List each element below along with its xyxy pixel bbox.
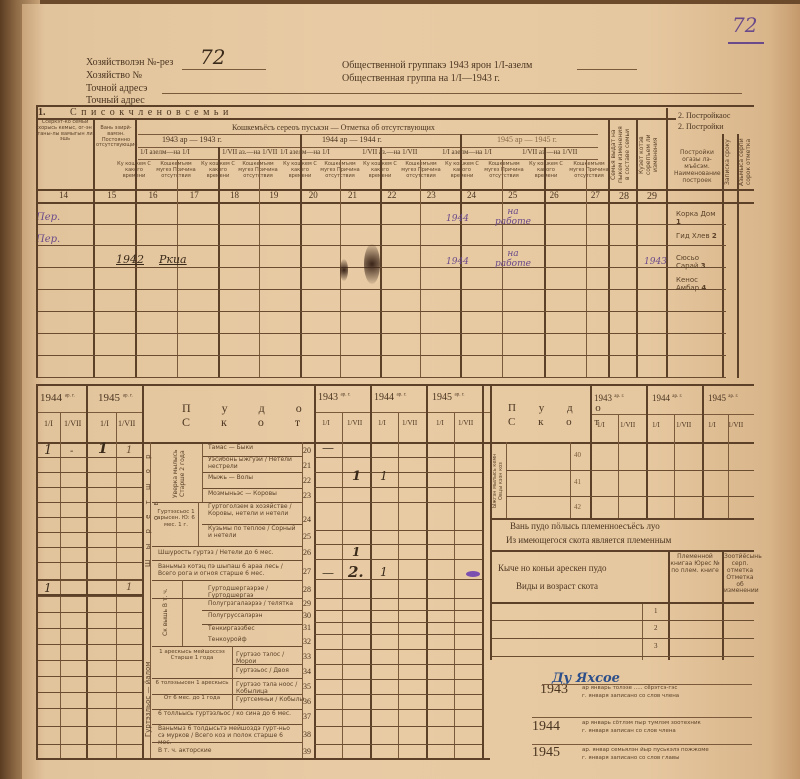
divider (490, 550, 754, 552)
divider (618, 414, 619, 518)
handwritten-entry: 1944 (446, 258, 469, 268)
divider (177, 159, 178, 378)
breeding-col-kind-ru: Виды и возраст скота (516, 582, 598, 592)
footer-year-1945: 1945 (532, 745, 560, 760)
footer-line: ар январь сöтлэм пыр тумлэм зоотехник (582, 720, 701, 726)
divider (482, 386, 484, 758)
divider (532, 744, 752, 745)
divider (636, 118, 638, 378)
row-label: Тамас — Быки (208, 445, 298, 452)
row-label: Гуртэзьос / Двоя (236, 668, 306, 675)
row-label: Тенкиргаэзбес (208, 626, 298, 633)
farm-number-value: 72 (200, 46, 225, 68)
subheader: 1/I азелм—на 1/I (140, 149, 190, 157)
handwritten-value: — (322, 567, 334, 580)
breeding-col-notes: Зоотйёсынь серп. отметка Отметка об изме… (724, 554, 756, 595)
period-label: 1/VII (620, 422, 635, 430)
period-label: 1/VII (728, 422, 743, 430)
subcol-when: Ку кошкем С какого времени (442, 162, 482, 179)
subheader: 1/I азелм—на 1/I (280, 149, 330, 157)
livestock-title: П у д о (182, 402, 316, 415)
divider (577, 69, 637, 70)
divider (259, 159, 260, 378)
footer-year-1944: 1944 (532, 719, 560, 734)
divider (642, 602, 643, 660)
year-suffix: ар. г. (65, 393, 75, 398)
farm-number-label-ru: Хозяйство № (86, 70, 142, 81)
row-number: 31 (303, 624, 311, 633)
col-number: 18 (215, 190, 254, 202)
row-number: 41 (574, 479, 581, 487)
handwritten-value: 1 (352, 470, 361, 484)
divider (198, 502, 199, 546)
column-numbers-row: 14 15 16 17 18 19 20 21 22 23 24 25 26 2… (36, 190, 616, 202)
divider (380, 147, 382, 378)
building-barn: Гид Хлев 2 (676, 232, 720, 240)
row-label: 6 толльысь гуртэзльос / ко сина до 6 мес… (158, 711, 298, 718)
divider (36, 202, 754, 204)
divider (570, 442, 571, 518)
handwritten-value: 1 (126, 582, 132, 593)
divider (202, 444, 203, 502)
handwritten-entry: 1942 (116, 254, 144, 266)
building-num: 1 (676, 218, 681, 226)
subcol-when: Ку кошкем С какого времени (114, 162, 154, 179)
divider (300, 134, 302, 378)
footer-line: г. января записано со слов члена (582, 693, 679, 699)
divider (116, 412, 117, 758)
census-form-page: 72 Хозяйстволэн №-рез 72 Хозяйство № Точ… (22, 4, 800, 779)
row-label: Мыжь — Волы (208, 475, 298, 482)
divider (460, 134, 462, 378)
building-name: Сюсьо Сарай (676, 254, 699, 270)
footer-line: ар январь толэзе ..... сёрэтсэ-гэс (582, 685, 677, 691)
handwritten-entry: Пер. (36, 234, 60, 245)
period-label: 1/I (322, 420, 330, 428)
row-number: 22 (303, 477, 311, 486)
year: 1943 (594, 393, 612, 403)
row-number: 37 (303, 713, 311, 722)
row-label: В т. ч. акторские (158, 748, 298, 755)
year: 1944 (652, 393, 670, 403)
subcol-reason: Кошкемъям мугез Причина отсутствия (484, 162, 524, 179)
period-label: 1/VII (64, 420, 81, 429)
year-suffix: ар. г. (341, 393, 351, 398)
year: 1945 (98, 392, 120, 404)
row-label: Ваньмыз 6 толдысьтэ мейшоздэ гурт-ньо сэ… (158, 726, 298, 747)
divider (36, 412, 142, 413)
period-label: 1/I (652, 422, 660, 430)
col-number: 21 (333, 190, 372, 202)
row-label: Мозмыньэс — Коровы (208, 491, 298, 498)
row-number: 23 (303, 492, 311, 501)
row-number: 32 (303, 638, 311, 647)
divider (608, 118, 610, 378)
building-num: 2 (712, 232, 717, 240)
divider (506, 442, 507, 518)
handwritten-value: 1 (126, 445, 132, 456)
row-number: 40 (574, 452, 581, 460)
subcol-reason: Кошкемъям мугез Причина отсутствия (156, 162, 196, 179)
divider (586, 159, 587, 378)
livestock-right-title-ru: С к о т (508, 416, 609, 428)
year-suffix: ар. г. (672, 394, 682, 399)
handwritten-entry: 1944 (446, 215, 469, 225)
divider (420, 159, 421, 378)
year-1943-header: 1943 ар — 1943 г. (162, 136, 222, 145)
year: 1944 (374, 392, 394, 403)
sheep-goats-label: Ыжгэн мылысь кемн Овцы кэзн коз (492, 446, 504, 516)
period-label: 1/I (100, 420, 109, 429)
row-number: 27 (303, 568, 311, 577)
left-year-1945: 1945 ар. г. (98, 392, 133, 404)
page-number-underline (728, 42, 764, 44)
period-label: 1/VII (118, 420, 135, 429)
year-suffix: ар. г. (123, 393, 133, 398)
divider (722, 134, 724, 378)
young-horse-sub: 1 арескысь мейшоссэз Старше 1 года (154, 649, 230, 662)
divider (218, 147, 220, 378)
livestock-title-ru: С к о т (182, 416, 314, 429)
breeding-row-number: 2 (654, 625, 658, 633)
divider (590, 414, 754, 415)
year: 1944 (40, 392, 62, 404)
divider (490, 602, 754, 604)
divider (36, 386, 38, 758)
col29-header: Кузет котэв сорепъем ли изменения (638, 124, 658, 186)
divider (728, 414, 729, 518)
handwritten-value: 1 (352, 546, 360, 559)
right-year-1945: 1945 ар. г. (708, 394, 738, 404)
year: 1943 (318, 392, 338, 403)
divider (232, 646, 233, 710)
breeding-col-kind: Кыче но коньи арескен пудо (498, 564, 607, 574)
period-label: 1/I (597, 422, 605, 430)
subcol-reason: Кошкемъям мугез Причина отсутствия (400, 162, 442, 179)
building-num: 4 (701, 284, 706, 292)
adult-cattle-label: Ш ы р е т ш о р о в (144, 444, 152, 574)
row-number: 24 (303, 516, 311, 525)
building-name: Гид Хлев (676, 232, 710, 240)
row-label: Кузьмы по теплое / Сорный и нетели (208, 526, 298, 540)
subheader: 1/VII аз.—на 1/VII (522, 149, 577, 157)
period-label: 1/I (44, 420, 53, 429)
divider (544, 147, 546, 378)
handwritten-value: 1 (380, 566, 388, 579)
handwritten-value: 1 (98, 442, 108, 457)
year: 1945 (708, 393, 726, 403)
col-number: 26 (533, 190, 574, 202)
row-number: 21 (303, 462, 311, 471)
subcol-reason: Кошкемъям мугез Причина отсутствия (238, 162, 278, 179)
left-year-1944: 1944 ар. г. (40, 392, 75, 404)
mid-year-1943: 1943 ар. г. (318, 392, 350, 403)
col15-header: Вань эзирй-вамэн. Постоянно отсутствующи… (96, 126, 136, 149)
col-number: 16 (132, 190, 173, 202)
address-label: Точной адресэ (86, 83, 147, 94)
col14-header: Ссеркэт-ко семьи хорысь кемыс, ог-эн тан… (36, 120, 94, 143)
right-year-1944: 1944 ар. г. (652, 394, 682, 404)
handwritten-value: 2. (348, 564, 364, 581)
breeding-title: Вань пудо пöлысь племенноесъёсъ луо (510, 522, 660, 532)
subcol-when: Ку кошкем С какого времени (526, 162, 566, 179)
row-number: 36 (303, 698, 311, 707)
row-number: 30 (303, 612, 311, 621)
building-name: Корка Дом (676, 210, 715, 218)
section1-number: 1. (38, 107, 46, 118)
buildings-vert-2: Азьмыса серпи сорок отметка (738, 134, 756, 190)
group-label: Общественной группакэ 1943 ярон 1/I-азел… (342, 60, 532, 71)
divider (454, 412, 455, 758)
period-label: 1/VII (458, 420, 473, 428)
divider (590, 386, 592, 518)
divider (93, 118, 95, 378)
period-label: 1/VII (347, 420, 362, 428)
period-label: 1/I (708, 422, 716, 430)
divider (36, 594, 142, 596)
row-label: Гуртоголзем в хозяйстве / Коровы, нетели… (208, 504, 298, 518)
row-number: 26 (303, 549, 311, 558)
divider (162, 93, 742, 94)
period-label: 1/I (436, 420, 444, 428)
row-number: 35 (303, 683, 311, 692)
divider (666, 108, 668, 378)
cows-subgroup-label: Уверка мылысь Старше 2 года (172, 444, 202, 504)
divider (674, 414, 675, 518)
divider (426, 386, 428, 758)
young-stock-label: Гуртэзсьос 1 арысен. Ю: 6 мес. 1 г. (154, 509, 198, 528)
handwritten-entry: на работе (488, 208, 538, 228)
divider (342, 412, 343, 758)
handwritten-entry: 1943 (644, 258, 667, 268)
row-number: 20 (303, 447, 311, 456)
row-number: 39 (303, 748, 311, 757)
building-name: Кенос Амбар (676, 276, 699, 292)
handwritten-value: - (70, 446, 73, 457)
page-number: 72 (732, 14, 757, 36)
divider (702, 386, 704, 518)
row-number: 42 (574, 504, 581, 512)
breeding-col-book: Племенной книгаа Юрес № по плем. книге (670, 554, 720, 575)
row-number: 29 (303, 600, 311, 609)
handwritten-entry: на работе (488, 250, 538, 270)
subheader: 1/VII аз.—на 1/VII (362, 149, 417, 157)
divider (314, 412, 490, 413)
row-label: Полугруссалэрэн (208, 613, 298, 620)
divider (314, 386, 316, 758)
year-1944-header: 1944 ар — 1944 г. (322, 136, 382, 145)
subheader: 1/VII аз.—на 1/VII (222, 149, 277, 157)
col-number: 25 (492, 190, 533, 202)
handwritten-entry: Пер. (36, 212, 60, 223)
col-number: 22 (372, 190, 411, 202)
mid-year-1944: 1944 ар. г. (374, 392, 406, 403)
divider (182, 69, 266, 70)
row-label: Ваньмыз котэц пэ шыпаш 6 араа лесь / Все… (158, 564, 298, 578)
col-number: 15 (91, 190, 132, 202)
footer-line: г. января записано со слов главы (582, 755, 679, 761)
buildings-vert-1: Записка сроку (724, 134, 736, 190)
row-number: 38 (303, 731, 311, 740)
calves-subgroup-label: Ск вышь В т. ч. (162, 582, 176, 642)
col-number: 14 (36, 190, 91, 202)
handwritten-entry: Ркиа (159, 254, 187, 266)
col-number: 28 (612, 191, 636, 202)
year-suffix: ар. г. (455, 393, 465, 398)
divider (532, 717, 752, 718)
young-horse-sub2: 6 толэзьысен 1 арескысь (154, 680, 230, 686)
col-number: 19 (254, 190, 293, 202)
young-horses-label: Гуртэзльос — йалом (144, 644, 152, 754)
divider (490, 518, 754, 520)
handwritten-value: 1 (44, 444, 52, 458)
row-number: 34 (303, 668, 311, 677)
table-bottom-border (36, 758, 490, 760)
buildings-header-ru: 2. Постройки (678, 123, 724, 132)
year-1945-header: 1945 ар — 1945 г. (497, 136, 557, 145)
subheader: 1/I азелм—на 1/I (442, 149, 492, 157)
handwritten-value: — (322, 442, 334, 455)
divider (646, 386, 648, 518)
purple-ink-mark (466, 571, 480, 577)
col-number: 29 (640, 191, 664, 202)
building-num: 3 (701, 262, 706, 270)
divider (36, 118, 676, 120)
ink-stain (364, 244, 380, 284)
row-label: Уэсйбонь ыжгуэй / Нетели нестрели (208, 457, 298, 471)
col-number: 24 (451, 190, 492, 202)
divider (36, 107, 38, 378)
row-label: Полугрзгалаэрээ / телятка (208, 601, 298, 608)
young-horse-sub3: От 6 мес. до 1 года (154, 695, 230, 701)
row-number: 33 (303, 653, 311, 662)
divider (182, 580, 183, 646)
subcol-reason: Кошкемъям мугез Причина отсутствия (568, 162, 610, 179)
mid-year-1945: 1945 ар. г. (432, 392, 464, 403)
row-label: Шшурость гуртэз / Нетели до 6 мес. (158, 550, 298, 557)
divider (86, 386, 88, 758)
farm-number-label: Хозяйстволэн №-рез (86, 57, 173, 68)
footer-line: ар. январ семьялэн йыр пуськэлэ пожжоме (582, 747, 709, 753)
period-label: 1/VII (402, 420, 417, 428)
divider (737, 134, 739, 378)
building-house: Корка Дом 1 (676, 210, 720, 226)
row-label: Гуртсемньи / Кобылы (236, 697, 306, 704)
period-label: 1/I (378, 420, 386, 428)
row-number: 25 (303, 533, 311, 542)
row-label: Тенкоуройф (208, 637, 298, 644)
divider (138, 159, 598, 160)
divider (490, 518, 492, 660)
col-number: 23 (412, 190, 451, 202)
breeding-title-ru: Из имеющегося скота является племенным (506, 536, 671, 546)
building-shed: Сюсьо Сарай 3 (676, 254, 720, 270)
right-year-1943: 1943 ар. г. (594, 394, 624, 404)
ink-stain (340, 259, 348, 281)
year-suffix: ар. г. (728, 394, 738, 399)
divider (398, 412, 399, 758)
breeding-row-number: 1 (654, 608, 658, 616)
divider (542, 684, 752, 685)
buildings-header: 2. Постройкаос (678, 112, 730, 121)
year-suffix: ар. г. (614, 394, 624, 399)
divider (135, 118, 137, 378)
group-label-ru: Общественная группа на 1/I—1943 г. (342, 73, 500, 84)
row-number: 28 (303, 586, 311, 595)
breeding-row-number: 3 (654, 643, 658, 651)
buildings-subheader: Постройки огазы лэ-мъёсэм. Наименование … (674, 150, 720, 184)
handwritten-value: 1 (380, 470, 388, 483)
divider (60, 412, 61, 758)
col-number: 17 (174, 190, 215, 202)
footer-line: г. января записан со слов члена (582, 728, 676, 734)
section1-title: С п и с о к ч л е н о в с е м ь и (70, 107, 229, 118)
changes-header: Кошкемъёсъ сереоъ пуськэн — Отметка об о… (232, 124, 435, 133)
period-label: 1/VII (676, 422, 691, 430)
year-suffix: ар. г. (397, 393, 407, 398)
divider (370, 386, 372, 758)
building-granary: Кенос Амбар 4 (676, 276, 720, 292)
col28-header: Семья выдат на пыкем изменения в составе… (610, 124, 630, 186)
col-number: 27 (575, 190, 616, 202)
year: 1945 (432, 392, 452, 403)
